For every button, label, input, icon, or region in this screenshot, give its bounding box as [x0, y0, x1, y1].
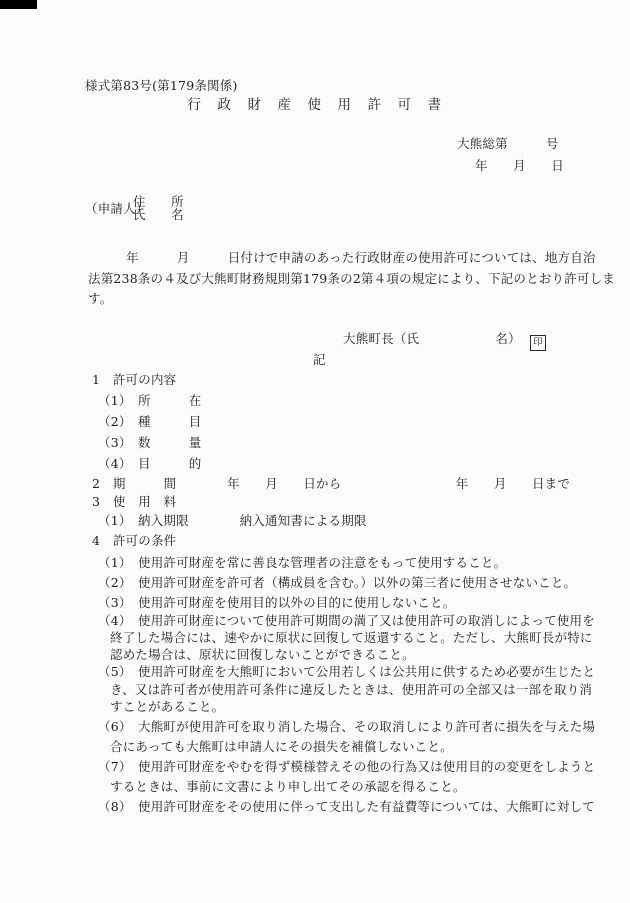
- condition-6-line-1: （6） 大熊町が使用許可を取り消した場合、その取消しにより許可者に損失を与えた場: [98, 719, 595, 734]
- section-1-item-category: （2） 種 目: [98, 414, 202, 429]
- condition-3: （3） 使用許可財産を使用目的以外の目的に使用しないこと。: [98, 595, 456, 610]
- document-number-line: 大熊総第 号: [457, 136, 559, 151]
- section-1-heading: 1 許可の内容: [92, 372, 176, 387]
- condition-8: （8） 使用許可財産をその使用に伴って支出した有益費等については、大熊町に対して: [98, 799, 595, 814]
- condition-5-line-3: すことがあること。: [110, 699, 224, 714]
- section-1-item-purpose: （4） 目 的: [98, 456, 202, 471]
- mayor-signature-text: 大熊町長（氏 名）: [343, 331, 521, 346]
- section-1-item-location: （1） 所 在: [98, 393, 202, 408]
- document-date-line: 年 月 日: [475, 158, 564, 173]
- condition-5-line-2: き、又は許可者が使用許可条件に違反したときは、使用許可の全部又は一部を取り消: [110, 682, 592, 697]
- condition-2: （2） 使用許可財産を許可者（構成員を含む。）以外の第三者に使用させないこと。: [98, 575, 576, 590]
- record-heading: 記: [313, 352, 326, 367]
- seal-character: 印: [533, 337, 543, 348]
- form-number: 様式第83号(第179条関係): [85, 78, 238, 93]
- condition-1: （1） 使用許可財産を常に善良な管理者の注意をもって使用すること。: [98, 555, 506, 570]
- applicant-name-row: 氏 名: [133, 207, 184, 222]
- section-1-item-quantity: （3） 数 量: [98, 435, 202, 450]
- condition-4-line-2: 終了した場合には、速やかに原状に回復して返還すること。ただし、大熊町長が特に: [110, 630, 593, 645]
- permit-document-page: 様式第83号(第179条関係) 行 政 財 産 使 用 許 可 書 大熊総第 号…: [0, 0, 630, 903]
- section-2-period-line: 2 期 間 年 月 日から 年 月 日まで: [92, 476, 570, 491]
- body-line-2: 法第238条の４及び大熊町財務規則第179条の2第４項の規定により、下記のとおり…: [88, 271, 615, 286]
- condition-7-line-2: するときは、事前に文書により申し出てその承認を得ること。: [110, 779, 466, 794]
- section-4-heading: 4 許可の条件: [92, 533, 176, 548]
- condition-6-line-2: 合にあっても大熊町は申請人にその損失を補償しないこと。: [110, 739, 453, 754]
- body-line-3: す。: [88, 291, 112, 306]
- condition-7-line-1: （7） 使用許可財産をやむを得ず模様替えその他の行為又は使用目的の変更をしようと: [98, 759, 595, 774]
- scan-artifact-mark: [0, 0, 37, 9]
- document-title: 行 政 財 産 使 用 許 可 書: [0, 98, 630, 113]
- body-line-1: 年 月 日付けで申請のあった行政財産の使用許可については、地方自治: [88, 250, 596, 265]
- condition-4-line-1: （4） 使用許可財産について使用許可期間の満了又は使用許可の取消しによって使用を: [98, 613, 595, 628]
- seal-stamp: 印: [530, 335, 546, 351]
- section-3-heading: 3 使 用 料: [92, 494, 176, 509]
- condition-4-line-3: 認めた場合は、原状に回復しないことができること。: [110, 647, 415, 662]
- condition-5-line-1: （5） 使用許可財産を大熊町において公用若しくは公共用に供するため必要が生じたと: [98, 664, 595, 679]
- mayor-signature-line: 大熊町長（氏 名）印: [343, 331, 546, 351]
- section-3-item-payment-deadline: （1） 納入期限 納入通知書による期限: [98, 513, 367, 528]
